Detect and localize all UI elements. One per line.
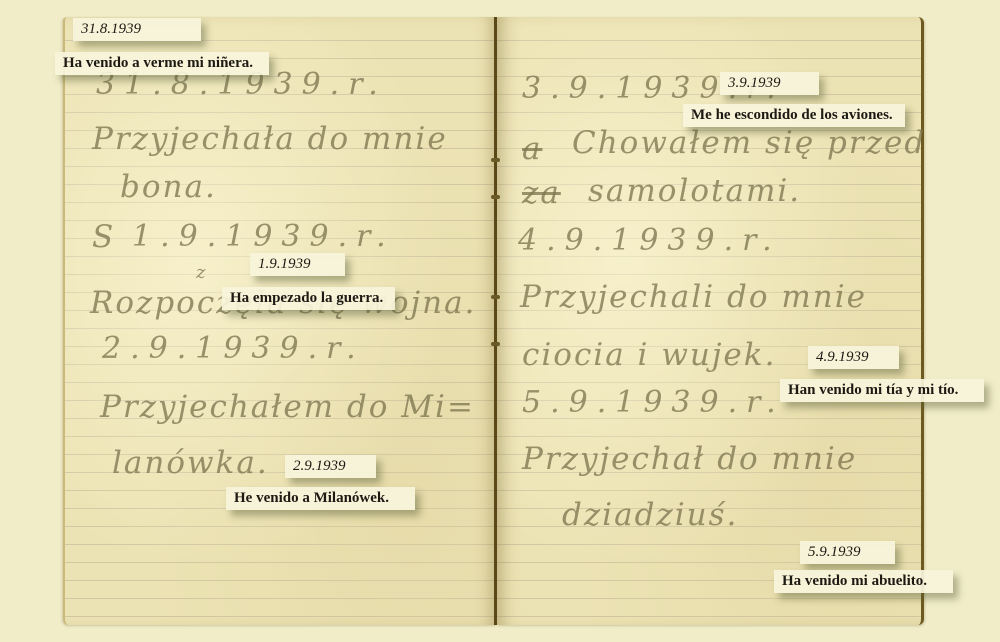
translation-date-label: 2.9.1939 — [285, 455, 376, 478]
translation-text-label: Han venido mi tía y mi tío. — [780, 379, 984, 402]
notebook-spine — [494, 17, 497, 625]
translation-text-label: Ha venido mi abuelito. — [774, 570, 953, 593]
handwritten-line: bona. — [120, 172, 217, 203]
staple-icon — [491, 295, 500, 299]
handwritten-date: 2.9.1939.r. — [102, 334, 365, 364]
handwritten-line: Przyjechała do mnie — [92, 124, 448, 155]
translation-text-label: He venido a Milanówek. — [226, 487, 415, 510]
translation-date-label: 5.9.1939 — [800, 541, 895, 564]
handwritten-line: ciocia i wujek. — [522, 340, 776, 371]
handwritten-correction: S — [92, 222, 115, 253]
handwritten-line: lanówka. — [112, 448, 269, 479]
handwritten-date: 1.9.1939.r. — [132, 222, 395, 252]
handwritten-line: samolotami. — [588, 176, 801, 207]
left-page — [63, 17, 497, 625]
handwritten-line: Przyjechałem do Mi= — [100, 392, 475, 423]
struck-out-text: za — [522, 178, 561, 209]
handwritten-correction: z — [196, 264, 207, 282]
translation-date-label: 31.8.1939 — [73, 18, 201, 41]
handwritten-line: Chowałem się przed — [572, 128, 926, 159]
translation-date-label: 4.9.1939 — [808, 346, 899, 369]
handwritten-date: 5.9.1939.r. — [522, 388, 785, 418]
translation-text-label: Ha venido a verme mi niñera. — [55, 52, 269, 75]
handwritten-line: Przyjechali do mnie — [520, 282, 867, 313]
handwritten-date: 4.9.1939.r. — [518, 226, 781, 256]
struck-out-text: a — [522, 134, 542, 165]
handwritten-line: dziadziuś. — [562, 500, 738, 531]
translation-date-label: 1.9.1939 — [250, 253, 345, 276]
translation-text-label: Me he escondido de los aviones. — [683, 104, 905, 127]
staple-icon — [491, 195, 500, 199]
staple-icon — [491, 158, 500, 162]
staple-icon — [491, 342, 500, 346]
handwritten-line: Przyjechał do mnie — [522, 444, 857, 475]
translation-text-label: Ha empezado la guerra. — [222, 287, 395, 310]
translation-date-label: 3.9.1939 — [720, 72, 819, 95]
